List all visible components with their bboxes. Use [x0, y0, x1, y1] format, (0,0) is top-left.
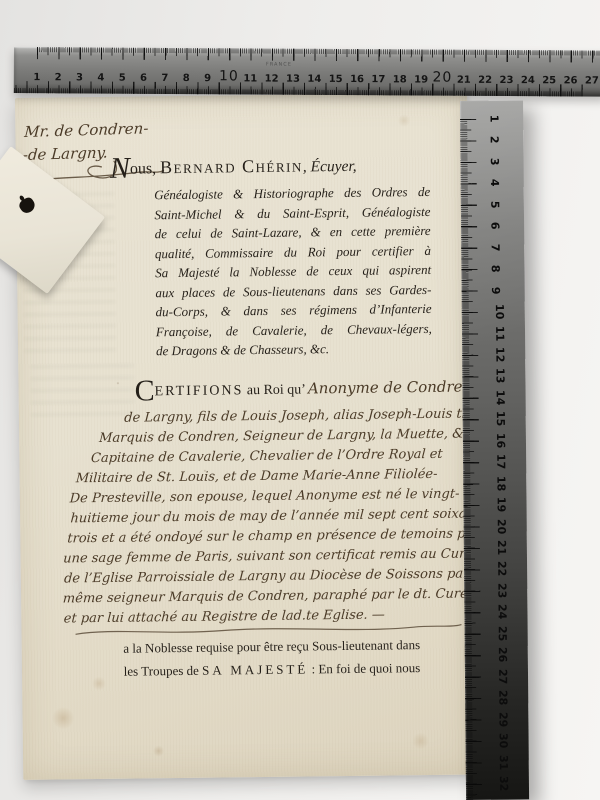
ruler-number: 32 — [497, 776, 510, 791]
ruler-number: 15 — [494, 411, 507, 426]
ruler-number: 23 — [495, 583, 508, 598]
ruler-tick-marks — [14, 80, 600, 97]
ruler-number: 14 — [494, 390, 507, 405]
ruler-number: 1 — [487, 115, 500, 123]
printed-closing: a la Noblesse requise pour être reçu Sou… — [94, 634, 451, 683]
ruler-number: 2 — [488, 136, 501, 144]
ruler-number: 6 — [488, 222, 501, 230]
ruler-number: 7 — [489, 244, 502, 252]
ruler-number: 3 — [488, 158, 501, 166]
ruler-number: 16 — [494, 433, 507, 448]
horizontal-ruler: 1234567891011121314151617181920212223242… — [14, 47, 600, 97]
ruler-number: 19 — [495, 497, 508, 512]
ruler-number: 10 — [493, 304, 506, 319]
ruler-number: 25 — [496, 626, 509, 641]
ruler-number: 13 — [493, 368, 506, 383]
document-heading: Nous, Bernard Chérin, Écuyer, — [110, 151, 357, 184]
handwritten-name-insert: Anonyme de Condren- — [308, 377, 475, 397]
ruler-number: 18 — [494, 476, 507, 491]
ruler-number: 21 — [495, 540, 508, 555]
ruler-number: 4 — [488, 179, 501, 187]
ruler-number: 17 — [494, 454, 507, 469]
ruler-brand-text: FRANCE — [266, 62, 292, 68]
ruler-number: 12 — [493, 347, 506, 362]
ruler-number: 29 — [496, 712, 509, 727]
ruler-number: 11 — [493, 325, 506, 340]
sa-majeste-caps: SA MAJESTÉ — [202, 661, 308, 677]
ruler-number: 20 — [495, 518, 508, 533]
vertical-ruler: 1234567891011121314151617181920212223242… — [460, 100, 529, 800]
annotation-line: Mr. de Condren- — [24, 117, 149, 144]
document-paper: Mr. de Condren- -de Largny. Nous, Bernar… — [15, 92, 475, 779]
ruler-number: 8 — [489, 265, 502, 273]
handwritten-genealogy-block: de Largny, fils de Louis Joseph, alias J… — [15, 404, 471, 630]
printed-line: Françoise, de Cavalerie, de Chevaux-lége… — [156, 318, 432, 341]
printed-line: du-Corps, & dans ses régimens d’Infanter… — [156, 299, 432, 322]
printed-line: Généalogiste & Historiographe des Ordres… — [154, 182, 430, 205]
ruler-number: 5 — [488, 201, 501, 209]
closing-line: les Troupes de SA MAJESTÉ : En foi de qu… — [94, 656, 450, 683]
ruler-number: 28 — [496, 690, 509, 705]
ink-mark — [17, 196, 37, 216]
printed-titles-paragraph: Généalogiste & Historiographe des Ordres… — [154, 182, 432, 361]
ruler-number: 24 — [496, 604, 509, 619]
drop-cap-c: C — [134, 374, 154, 407]
printed-line: de Dragons & de Chasseurs, &c. — [156, 338, 432, 361]
certification-line: CERTIFIONS au Roi qu’Anonyme de Condren- — [134, 372, 475, 406]
ruler-number: 9 — [489, 286, 502, 294]
ruler-number: 30 — [497, 733, 510, 748]
ruler-number: 22 — [495, 561, 508, 576]
ruler-scale: 1234567891011121314151617181920212223242… — [460, 100, 529, 800]
ruler-number: 31 — [497, 754, 510, 769]
photo-backdrop: 1234567891011121314151617181920212223242… — [0, 0, 600, 800]
printed-line: Sa Majesté la Noblesse de ceux qui aspir… — [155, 260, 431, 283]
ruler-number: 27 — [496, 669, 509, 684]
author-name: Bernard Chérin — [160, 155, 303, 177]
drop-cap-n: N — [110, 152, 130, 185]
printed-line: de celui de Saint-Lazare, & en cette pre… — [155, 221, 431, 244]
ruler-number: 26 — [496, 647, 509, 662]
